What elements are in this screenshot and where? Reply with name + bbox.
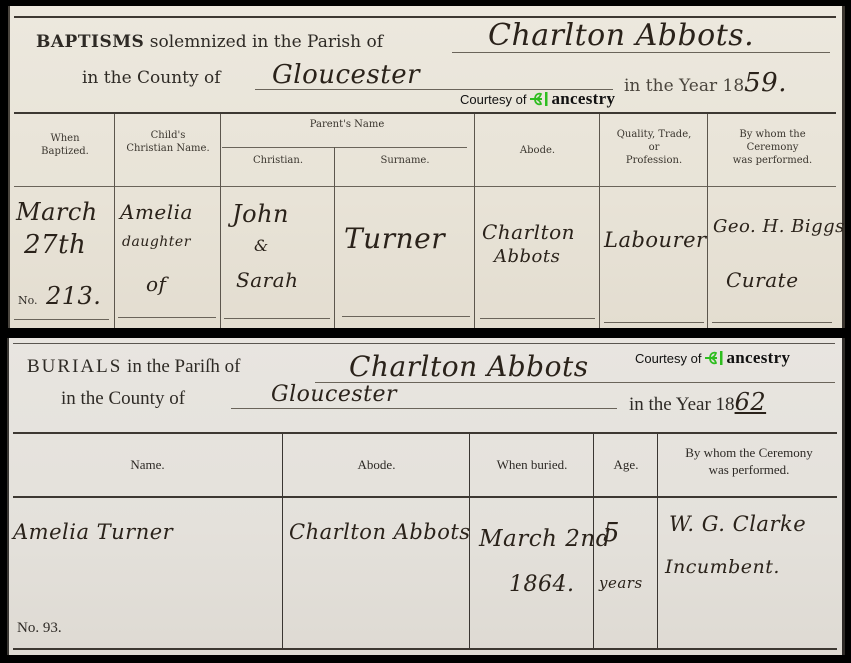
parents-surname: Turner [344,222,445,255]
abode-line-2: Abbots [494,246,560,267]
burial-entry-row: Amelia Turner No. 93. Charlton Abbots Ma… [9,498,839,648]
trade: Labourer [604,228,707,252]
col-header-by-whom: By whom the Ceremony was performed. [709,128,836,167]
ancestry-brand: ancestry [551,89,615,109]
col-header-when-buried: When buried. [471,456,593,473]
row-rule [118,317,216,318]
row-rule [14,319,109,320]
year-label: in the Year 18 [624,76,744,96]
row-rule [342,316,470,317]
baptism-register-page: BAPTISMS solemnized in the Parish of Cha… [8,6,845,328]
courtesy-ancestry: Courtesy of ancestry [460,89,615,109]
mother-name: Sarah [236,268,299,292]
year-label: in the Year 18 [629,394,735,415]
header-bottom-rule [14,186,836,187]
col-header-child-name: Child's Christian Name. [116,129,220,155]
baptism-title: BAPTISMS solemnized in the Parish of [36,32,383,52]
entry-number: 213. [46,282,101,310]
year-suffix: 62 [735,388,767,416]
officiant-name: W. G. Clarke [669,512,806,536]
header-top-rule [13,432,837,434]
burial-title: BURIALS in the Pariſh of [27,356,241,378]
col-header-surname: Surname. [336,154,474,167]
title-rest: in the Pariſh of [127,356,240,377]
ancestry-leaf-icon [704,350,724,366]
year-field: in the Year 1862 [629,388,766,416]
officiant-title: Incumbent. [665,556,780,578]
col-header-christian: Christian. [222,154,334,167]
col-header-abode: Abode. [284,456,469,473]
year-field: in the Year 1859. [624,68,787,98]
ancestry-leaf-icon [529,91,549,107]
courtesy-label: Courtesy of [460,92,526,107]
row-rule [712,322,832,323]
entry-number: No. 93. [17,620,62,637]
top-border [13,343,835,344]
parents-ampersand: & [254,236,269,255]
header-top-rule [14,112,836,114]
child-name: Amelia [120,200,193,224]
deceased-name: Amelia Turner [13,520,173,544]
burial-register-page: BURIALS in the Pariſh of Charlton Abbots… [7,338,845,655]
parents-subrule [222,147,467,148]
col-header-age: Age. [595,456,657,473]
baptism-entry-row: March 27th No. 213. Amelia daughter of J… [10,188,838,328]
bottom-rule [13,648,837,650]
parish-name: Charlton Abbots [349,350,589,383]
col-header-abode: Abode. [476,144,599,157]
courtesy-label: Courtesy of [635,351,701,366]
courtesy-ancestry: Courtesy of ancestry [635,348,790,368]
col-header-by-whom: By whom the Ceremony was performed. [659,444,839,478]
burial-date: March 2nd [479,526,611,552]
entry-day: 27th [24,230,86,260]
child-relation: daughter [122,234,191,250]
officiant-name: Geo. H. Biggs [713,216,845,237]
father-name: John [232,200,289,228]
child-relation-of: of [146,272,166,296]
col-header-quality: Quality, Trade, or Profession. [601,128,707,167]
year-suffix: 59. [744,68,787,98]
officiant-title: Curate [726,268,799,292]
county-label: in the County of [82,68,221,88]
entry-month: March [16,198,98,226]
abode: Charlton Abbots [289,520,471,544]
col-header-when-baptized: When Baptized. [18,132,112,158]
county-underline [231,408,617,409]
title-prefix: BURIALS [27,356,122,377]
col-header-parents-name: Parent's Name [222,118,472,131]
age-unit: years [599,574,643,592]
title-prefix: BAPTISMS [36,32,144,52]
age-value: 5 [603,518,620,548]
county-name: Gloucester [272,60,420,90]
col-header-name: Name. [13,456,282,473]
parish-name: Charlton Abbots. [488,18,754,53]
county-name: Gloucester [271,382,397,407]
abode-line-1: Charlton [482,220,575,244]
ancestry-brand: ancestry [726,348,790,368]
title-rest: solemnized in the Parish of [150,32,383,52]
county-label: in the County of [61,388,185,410]
row-rule [480,318,595,319]
row-rule [604,322,704,323]
row-rule [224,318,330,319]
burial-year: 1864. [509,572,574,597]
entry-no-label: No. [18,294,38,307]
